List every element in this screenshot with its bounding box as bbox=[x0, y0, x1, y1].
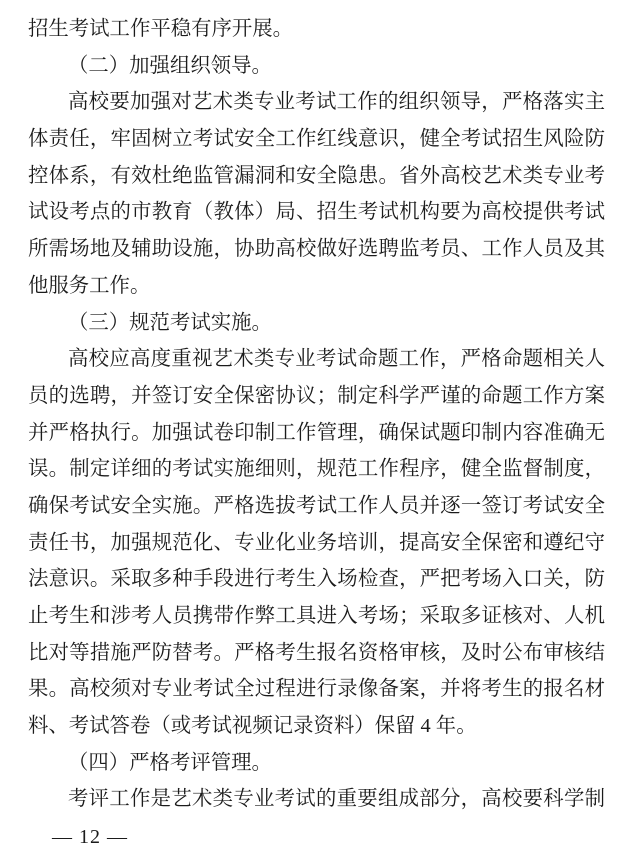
text-line: 所需场地及辅助设施，协助高校做好选聘监考员、工作人员及其 bbox=[28, 231, 605, 268]
text-line: 误。制定详细的考试实施细则，规范工作程序，健全监督制度， bbox=[28, 451, 605, 488]
section-heading: （三）规范考试实施。 bbox=[28, 305, 605, 342]
text-line: 责任书，加强规范化、专业化业务培训，提高安全保密和遵纪守 bbox=[28, 525, 605, 562]
text-line: 果。高校须对专业考试全过程进行录像备案，并将考生的报名材 bbox=[28, 671, 605, 708]
text-line: 并严格执行。加强试卷印制工作管理，确保试题印制内容准确无 bbox=[28, 415, 605, 452]
page-number: — 12 — bbox=[52, 826, 128, 848]
text-line: 料、考试答卷（或考试视频记录资料）保留 4 年。 bbox=[28, 708, 605, 745]
document-text: 招生考试工作平稳有序开展。（二）加强组织领导。高校要加强对艺术类专业考试工作的组… bbox=[28, 11, 605, 818]
text-line: 法意识。采取多种手段进行考生入场检查，严把考场入口关，防 bbox=[28, 561, 605, 598]
text-line: 考评工作是艺术类专业考试的重要组成部分，高校要科学制 bbox=[28, 781, 605, 818]
text-line: 确保考试安全实施。严格选拔考试工作人员并逐一签订考试安全 bbox=[28, 488, 605, 525]
text-line: 体责任，牢固树立考试安全工作红线意识，健全考试招生风险防 bbox=[28, 121, 605, 158]
section-heading: （四）严格考评管理。 bbox=[28, 745, 605, 782]
text-line: 招生考试工作平稳有序开展。 bbox=[28, 11, 605, 48]
page-footer: — 12 — bbox=[52, 826, 605, 848]
text-line: 员的选聘，并签订安全保密协议；制定科学严谨的命题工作方案 bbox=[28, 378, 605, 415]
text-line: 止考生和涉考人员携带作弊工具进入考场；采取多证核对、人机 bbox=[28, 598, 605, 635]
text-line: 试设考点的市教育（教体）局、招生考试机构要为高校提供考试 bbox=[28, 194, 605, 231]
section-heading: （二）加强组织领导。 bbox=[28, 48, 605, 85]
text-line: 控体系，有效杜绝监管漏洞和安全隐患。省外高校艺术类专业考 bbox=[28, 158, 605, 195]
text-line: 高校要加强对艺术类专业考试工作的组织领导，严格落实主 bbox=[28, 84, 605, 121]
text-line: 比对等措施严防替考。严格考生报名资格审核，及时公布审核结 bbox=[28, 635, 605, 672]
text-line: 他服务工作。 bbox=[28, 268, 605, 305]
text-line: 高校应高度重视艺术类专业考试命题工作，严格命题相关人 bbox=[28, 341, 605, 378]
document-page: 招生考试工作平稳有序开展。（二）加强组织领导。高校要加强对艺术类专业考试工作的组… bbox=[0, 0, 640, 857]
